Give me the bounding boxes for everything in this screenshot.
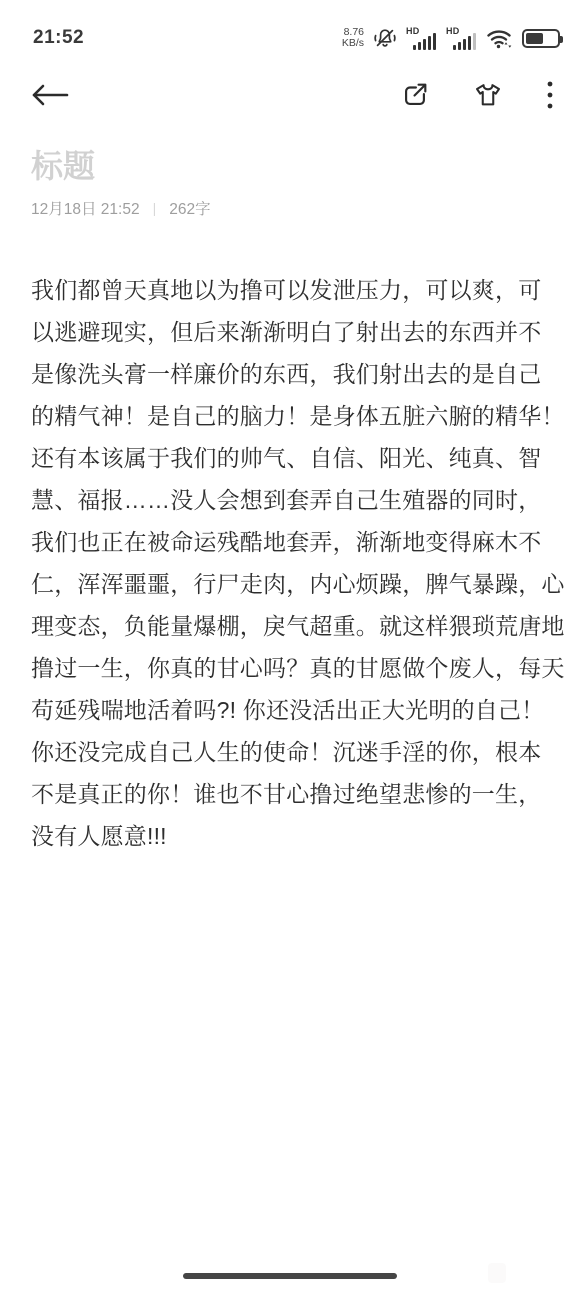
body-line: 我们都曾天真地以为撸可以发泄压力，可以爽，可	[31, 269, 549, 311]
status-bar: 21:52 8.76 KB/s HD	[0, 0, 580, 52]
theme-button[interactable]	[472, 80, 504, 110]
share-button[interactable]	[400, 80, 430, 110]
body-line: 慧、福报……没人会想到套弄自己生殖器的同时，	[31, 479, 549, 521]
battery-fill-level	[526, 33, 543, 44]
body-line: 还有本该属于我们的帅气、自信、阳光、纯真、智	[31, 437, 549, 479]
meta-divider: |	[153, 200, 157, 216]
notes-app-screen: 21:52 8.76 KB/s HD	[0, 0, 580, 1289]
body-line: 仁，浑浑噩噩，行尸走肉，内心烦躁，脾气暴躁，心	[31, 563, 549, 605]
sim2-signal-icon: HD	[446, 25, 477, 52]
back-button[interactable]	[30, 82, 70, 108]
mute-bell-slash-icon	[373, 26, 397, 50]
body-line: 我们也正在被命运残酷地套弄，渐渐地变得麻木不	[31, 521, 549, 563]
arrow-left-icon	[30, 82, 70, 108]
note-datetime: 12月18日 21:52	[31, 197, 140, 219]
more-menu-button[interactable]	[546, 80, 554, 110]
battery-icon	[522, 29, 560, 48]
home-indicator-handle[interactable]	[183, 1273, 397, 1279]
faint-watermark	[488, 1263, 506, 1283]
clock: 21:52	[33, 27, 84, 49]
note-meta: 12月18日 21:52 | 262字	[31, 197, 549, 219]
network-speed: 8.76 KB/s	[342, 27, 364, 49]
body-line: 不是真正的你！谁也不甘心撸过绝望悲惨的一生，	[31, 773, 549, 815]
body-line: 撸过一生，你真的甘心吗？真的甘愿做个废人，每天	[31, 647, 549, 689]
body-line: 是像洗头膏一样廉价的东西，我们射出去的是自己	[31, 353, 549, 395]
body-line: 没有人愿意!!!	[31, 815, 549, 857]
body-line: 的精气神！是自己的脑力！是身体五脏六腑的精华！	[31, 395, 549, 437]
body-line: 理变态，负能量爆棚，戾气超重。就这样猥琐荒唐地	[31, 605, 549, 647]
sim1-signal-icon: HD	[406, 25, 437, 52]
network-speed-unit: KB/s	[342, 38, 364, 49]
note-body-editor[interactable]: 我们都曾天真地以为撸可以发泄压力，可以爽，可 以逃避现实，但后来渐渐明白了射出去…	[0, 269, 580, 857]
status-icons: 8.76 KB/s HD HD	[342, 25, 560, 52]
body-line: 以逃避现实，但后来渐渐明白了射出去的东西并不	[31, 311, 549, 353]
wifi-icon	[486, 26, 513, 50]
note-char-count: 262字	[169, 197, 210, 219]
kebab-menu-icon	[546, 80, 554, 110]
note-toolbar	[0, 66, 580, 124]
body-line: 你还没完成自己人生的使命！沉迷手淫的你，根本	[31, 731, 549, 773]
body-line: 苟延残喘地活着吗?! 你还没活出正大光明的自己！	[31, 689, 549, 731]
share-external-icon	[400, 80, 430, 110]
note-title-input[interactable]	[31, 148, 531, 185]
tshirt-icon	[472, 80, 504, 110]
